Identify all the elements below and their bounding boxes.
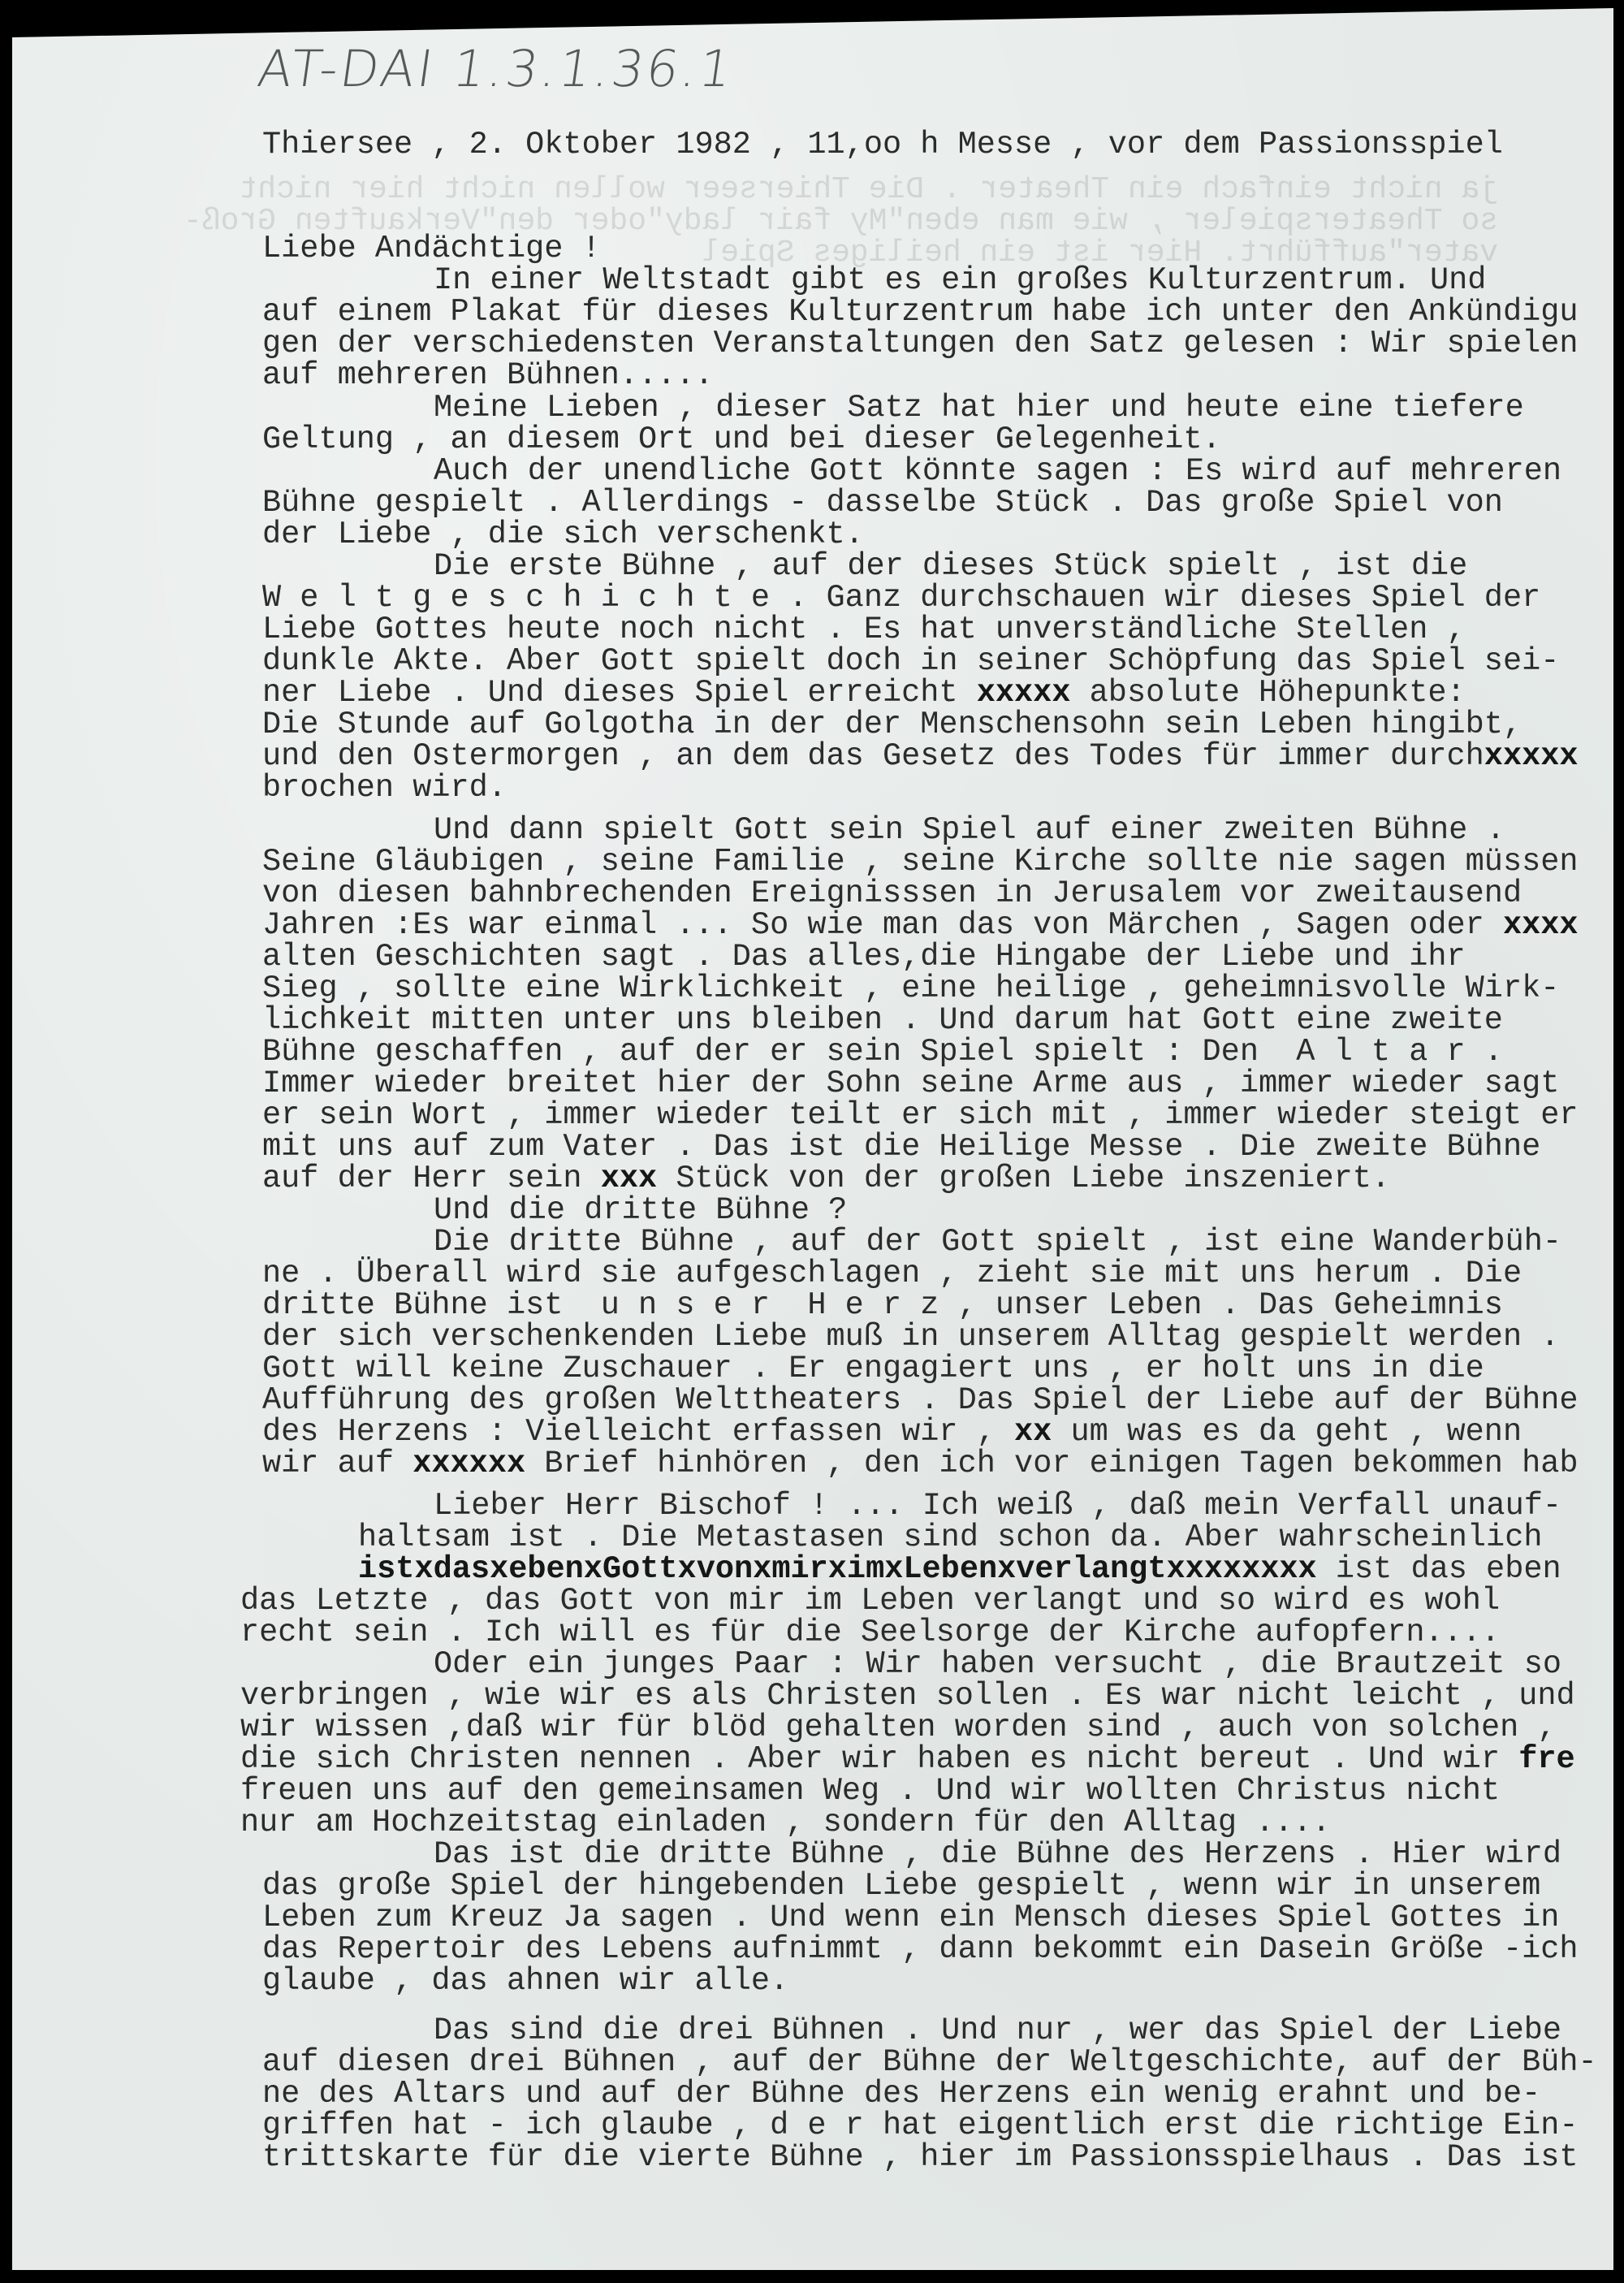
body-text-line: Die erste Bühne , auf der dieses Stück s… — [434, 550, 1467, 582]
line-text: Auch der unendliche Gott könnte sagen : … — [434, 453, 1561, 489]
body-text-line: und den Ostermorgen , an dem das Gesetz … — [262, 740, 1579, 772]
line-text: das Letzte , das Gott von mir im Leben v… — [240, 1583, 1500, 1619]
body-text-line: das Letzte , das Gott von mir im Leben v… — [240, 1585, 1500, 1617]
line-text: Lieber Herr Bischof ! ... Ich weiß , daß… — [434, 1488, 1561, 1524]
line-text: auf mehreren Bühnen..... — [262, 357, 714, 393]
body-text-line: gen der verschiedensten Veranstaltungen … — [262, 327, 1579, 360]
line-text: W e l t g e s c h i c h t e . Ganz durch… — [262, 580, 1540, 616]
body-text-line: auf diesen drei Bühnen , auf der Bühne d… — [262, 2046, 1597, 2078]
body-text-line: Seine Gläubigen , seine Familie , seine … — [262, 845, 1579, 878]
line-text: glaube , das ahnen wir alle. — [262, 1963, 788, 1999]
line-text: Jahren :Es war einmal ... So wie man das… — [262, 907, 1503, 943]
line-text: Bühne geschaffen , auf der er sein Spiel… — [262, 1034, 1503, 1070]
body-text-line: Jahren :Es war einmal ... So wie man das… — [262, 909, 1579, 941]
body-text-line: von diesen bahnbrechenden Ereignisssen i… — [262, 877, 1522, 910]
line-text: auf einem Plakat für dieses Kulturzentru… — [262, 294, 1579, 330]
body-text-line: Immer wieder breitet hier der Sohn seine… — [262, 1067, 1559, 1100]
line-text-continued: ist das eben — [1317, 1551, 1561, 1587]
body-text-line: Gott will keine Zuschauer . Er engagiert… — [262, 1352, 1484, 1385]
body-text-line: der Liebe , die sich verschenkt. — [262, 518, 864, 551]
body-text-line: Und dann spielt Gott sein Spiel auf eine… — [434, 814, 1505, 846]
body-text-line: ne . Überall wird sie aufgeschlagen , zi… — [262, 1257, 1522, 1290]
line-text: recht sein . Ich will es für die Seelsor… — [240, 1615, 1500, 1650]
struck-out-text: xxxxxx — [412, 1446, 525, 1481]
body-text-line: brochen wird. — [262, 772, 507, 804]
body-text-line: des Herzens : Vielleicht erfassen wir , … — [262, 1416, 1522, 1448]
body-text-line: Geltung , an diesem Ort und bei dieser G… — [262, 423, 1221, 456]
body-text-line: er sein Wort , immer wieder teilt er sic… — [262, 1099, 1579, 1131]
body-text-line: Die Stunde auf Golgotha in der der Mensc… — [262, 708, 1522, 741]
line-text: Das sind die drei Bühnen . Und nur , wer… — [434, 2013, 1561, 2048]
line-text: haltsam ist . Die Metastasen sind schon … — [358, 1520, 1543, 1555]
body-text-line: Liebe Gottes heute noch nicht . Es hat u… — [262, 613, 1466, 646]
line-text: brochen wird. — [262, 770, 507, 806]
body-text-line: Die dritte Bühne , auf der Gott spielt ,… — [434, 1226, 1561, 1258]
body-text-line: Oder ein junges Paar : Wir haben versuch… — [434, 1648, 1561, 1680]
body-text-line: recht sein . Ich will es für die Seelsor… — [240, 1616, 1500, 1649]
line-text: Und die dritte Bühne ? — [434, 1192, 847, 1228]
body-text-line: das Repertoir des Lebens aufnimmt , dann… — [262, 1933, 1579, 1965]
line-text: Meine Lieben , dieser Satz hat hier und … — [434, 390, 1524, 426]
line-text: lichkeit mitten unter uns bleiben . Und … — [262, 1002, 1503, 1038]
body-text-line: glaube , das ahnen wir alle. — [262, 1965, 788, 1997]
body-text-line: dunkle Akte. Aber Gott spielt doch in se… — [262, 645, 1559, 677]
body-text-line: das große Spiel der hingebenden Liebe ge… — [262, 1870, 1540, 1902]
body-text-line: Sieg , sollte eine Wirklichkeit , eine h… — [262, 972, 1559, 1005]
body-text-line: lichkeit mitten unter uns bleiben . Und … — [262, 1004, 1503, 1036]
line-text-continued: um was es da geht , wenn — [1052, 1414, 1522, 1450]
struck-out-text: fre — [1518, 1741, 1574, 1777]
body-text-line: haltsam ist . Die Metastasen sind schon … — [358, 1521, 1543, 1554]
line-text: Die erste Bühne , auf der dieses Stück s… — [434, 548, 1467, 584]
line-text: des Herzens : Vielleicht erfassen wir , — [262, 1414, 1014, 1450]
line-text: und den Ostermorgen , an dem das Gesetz … — [262, 738, 1484, 774]
struck-out-text: xx — [1014, 1414, 1052, 1450]
salutation: Liebe Andächtige ! — [262, 232, 601, 265]
line-text: Geltung , an diesem Ort und bei dieser G… — [262, 422, 1221, 457]
line-text: nur am Hochzeitstag einladen , sondern f… — [240, 1805, 1331, 1840]
line-text: mit uns auf zum Vater . Das ist die Heil… — [262, 1129, 1540, 1165]
struck-out-text: xxxxx — [1484, 738, 1579, 774]
body-text-line: Leben zum Kreuz Ja sagen . Und wenn ein … — [262, 1901, 1559, 1934]
line-text: Aufführung des großen Welttheaters . Das… — [262, 1382, 1579, 1418]
line-text: Immer wieder breitet hier der Sohn seine… — [262, 1066, 1559, 1101]
line-text: er sein Wort , immer wieder teilt er sic… — [262, 1097, 1579, 1133]
line-text: Liebe Gottes heute noch nicht . Es hat u… — [262, 612, 1466, 647]
line-text: von diesen bahnbrechenden Ereignisssen i… — [262, 876, 1522, 911]
line-text: Bühne gespielt . Allerdings - dasselbe S… — [262, 485, 1503, 521]
body-text-line: auf der Herr sein xxx Stück von der groß… — [262, 1162, 1390, 1195]
line-text: das große Spiel der hingebenden Liebe ge… — [262, 1868, 1540, 1904]
body-text-line: nur am Hochzeitstag einladen , sondern f… — [240, 1806, 1331, 1839]
body-text-line: ne des Altars und auf der Bühne des Herz… — [262, 2078, 1540, 2110]
body-text-line: trittskarte für die vierte Bühne , hier … — [262, 2141, 1579, 2173]
line-text: das Repertoir des Lebens aufnimmt , dann… — [262, 1931, 1579, 1967]
line-text: Die Stunde auf Golgotha in der der Mensc… — [262, 707, 1522, 742]
line-text-continued: Brief hinhören , den ich vor einigen Tag… — [525, 1446, 1578, 1481]
body-text-line: ner Liebe . Und dieses Spiel erreicht xx… — [262, 677, 1466, 709]
body-text-line: der sich verschenkenden Liebe muß in uns… — [262, 1321, 1559, 1353]
body-text-line: Und die dritte Bühne ? — [434, 1194, 847, 1226]
struck-out-text: xxxxx — [977, 675, 1071, 711]
line-text: Leben zum Kreuz Ja sagen . Und wenn ein … — [262, 1900, 1559, 1935]
body-text-line: Das ist die dritte Bühne , die Bühne des… — [434, 1838, 1561, 1870]
bleed-through-line: ja nicht einfach ein Theater . Die Thier… — [239, 172, 1498, 207]
line-text: Und dann spielt Gott sein Spiel auf eine… — [434, 812, 1505, 848]
line-text: trittskarte für die vierte Bühne , hier … — [262, 2139, 1579, 2175]
line-text: ne . Überall wird sie aufgeschlagen , zi… — [262, 1256, 1522, 1291]
body-text-line: In einer Weltstadt gibt es ein großes Ku… — [434, 264, 1486, 296]
body-text-line: W e l t g e s c h i c h t e . Ganz durch… — [262, 582, 1540, 614]
line-text: Das ist die dritte Bühne , die Bühne des… — [434, 1836, 1561, 1872]
line-text: In einer Weltstadt gibt es ein großes Ku… — [434, 262, 1486, 298]
struck-out-text: istxdasxebenxGottxvonxmirximxLebenxverla… — [358, 1551, 1317, 1587]
line-text: ner Liebe . Und dieses Spiel erreicht — [262, 675, 977, 711]
line-text: auf diesen drei Bühnen , auf der Bühne d… — [262, 2044, 1597, 2080]
line-text: auf der Herr sein — [262, 1161, 601, 1196]
line-text: Die dritte Bühne , auf der Gott spielt ,… — [434, 1224, 1561, 1260]
body-text-line: Auch der unendliche Gott könnte sagen : … — [434, 455, 1561, 487]
line-text: der Liebe , die sich verschenkt. — [262, 517, 864, 552]
body-text-line: Bühne gespielt . Allerdings - dasselbe S… — [262, 486, 1503, 519]
line-text: gen der verschiedensten Veranstaltungen … — [262, 326, 1579, 361]
line-text: Oder ein junges Paar : Wir haben versuch… — [434, 1646, 1561, 1682]
line-text: Seine Gläubigen , seine Familie , seine … — [262, 844, 1579, 880]
line-text-continued: absolute Höhepunkte: — [1071, 675, 1466, 711]
archive-reference-handwritten: AT-DAI 1.3.1.36.1 — [254, 39, 738, 98]
line-text: Gott will keine Zuschauer . Er engagiert… — [262, 1351, 1484, 1386]
body-text-line: Bühne geschaffen , auf der er sein Spiel… — [262, 1036, 1503, 1068]
body-text-line: griffen hat - ich glaube , d e r hat eig… — [262, 2109, 1579, 2142]
line-text: wir auf — [262, 1446, 412, 1481]
line-text: freuen uns auf den gemeinsamen Weg . Und… — [240, 1773, 1500, 1809]
line-text: wir wissen ,daß wir für blöd gehalten wo… — [240, 1710, 1557, 1745]
struck-out-text: xxxx — [1503, 907, 1579, 943]
line-text: die sich Christen nennen . Aber wir habe… — [240, 1741, 1518, 1777]
line-text: Sieg , sollte eine Wirklichkeit , eine h… — [262, 971, 1559, 1006]
line-text: dunkle Akte. Aber Gott spielt doch in se… — [262, 643, 1559, 679]
line-text: griffen hat - ich glaube , d e r hat eig… — [262, 2108, 1579, 2143]
struck-out-text: xxx — [601, 1161, 657, 1196]
body-text-line: die sich Christen nennen . Aber wir habe… — [240, 1743, 1575, 1775]
body-text-line: auf mehreren Bühnen..... — [262, 359, 714, 391]
body-text-line: auf einem Plakat für dieses Kulturzentru… — [262, 296, 1579, 328]
body-text-line: freuen uns auf den gemeinsamen Weg . Und… — [240, 1775, 1500, 1807]
document-heading: Thiersee , 2. Oktober 1982 , 11,oo h Mes… — [262, 128, 1503, 161]
line-text: der sich verschenkenden Liebe muß in uns… — [262, 1319, 1559, 1355]
body-text-line: verbringen , wie wir es als Christen sol… — [240, 1680, 1575, 1712]
body-text-line: mit uns auf zum Vater . Das ist die Heil… — [262, 1131, 1540, 1163]
body-text-line: Aufführung des großen Welttheaters . Das… — [262, 1384, 1579, 1416]
line-text: alten Geschichten sagt . Das alles,die H… — [262, 939, 1466, 975]
body-text-line: Das sind die drei Bühnen . Und nur , wer… — [434, 2014, 1561, 2047]
body-text-line: wir auf xxxxxx Brief hinhören , den ich … — [262, 1447, 1579, 1480]
line-text-continued: Stück von der großen Liebe inszeniert. — [657, 1161, 1390, 1196]
body-text-line: Meine Lieben , dieser Satz hat hier und … — [434, 391, 1524, 424]
body-text-line: alten Geschichten sagt . Das alles,die H… — [262, 940, 1466, 973]
line-text: verbringen , wie wir es als Christen sol… — [240, 1678, 1575, 1714]
line-text: ne des Altars und auf der Bühne des Herz… — [262, 2076, 1540, 2112]
body-text-line: dritte Bühne ist u n s e r H e r z , uns… — [262, 1289, 1503, 1321]
body-text-line: wir wissen ,daß wir für blöd gehalten wo… — [240, 1711, 1557, 1744]
body-text-line: Lieber Herr Bischof ! ... Ich weiß , daß… — [434, 1490, 1561, 1522]
body-text-line: istxdasxebenxGottxvonxmirximxLebenxverla… — [358, 1553, 1561, 1585]
line-text: dritte Bühne ist u n s e r H e r z , uns… — [262, 1287, 1503, 1323]
